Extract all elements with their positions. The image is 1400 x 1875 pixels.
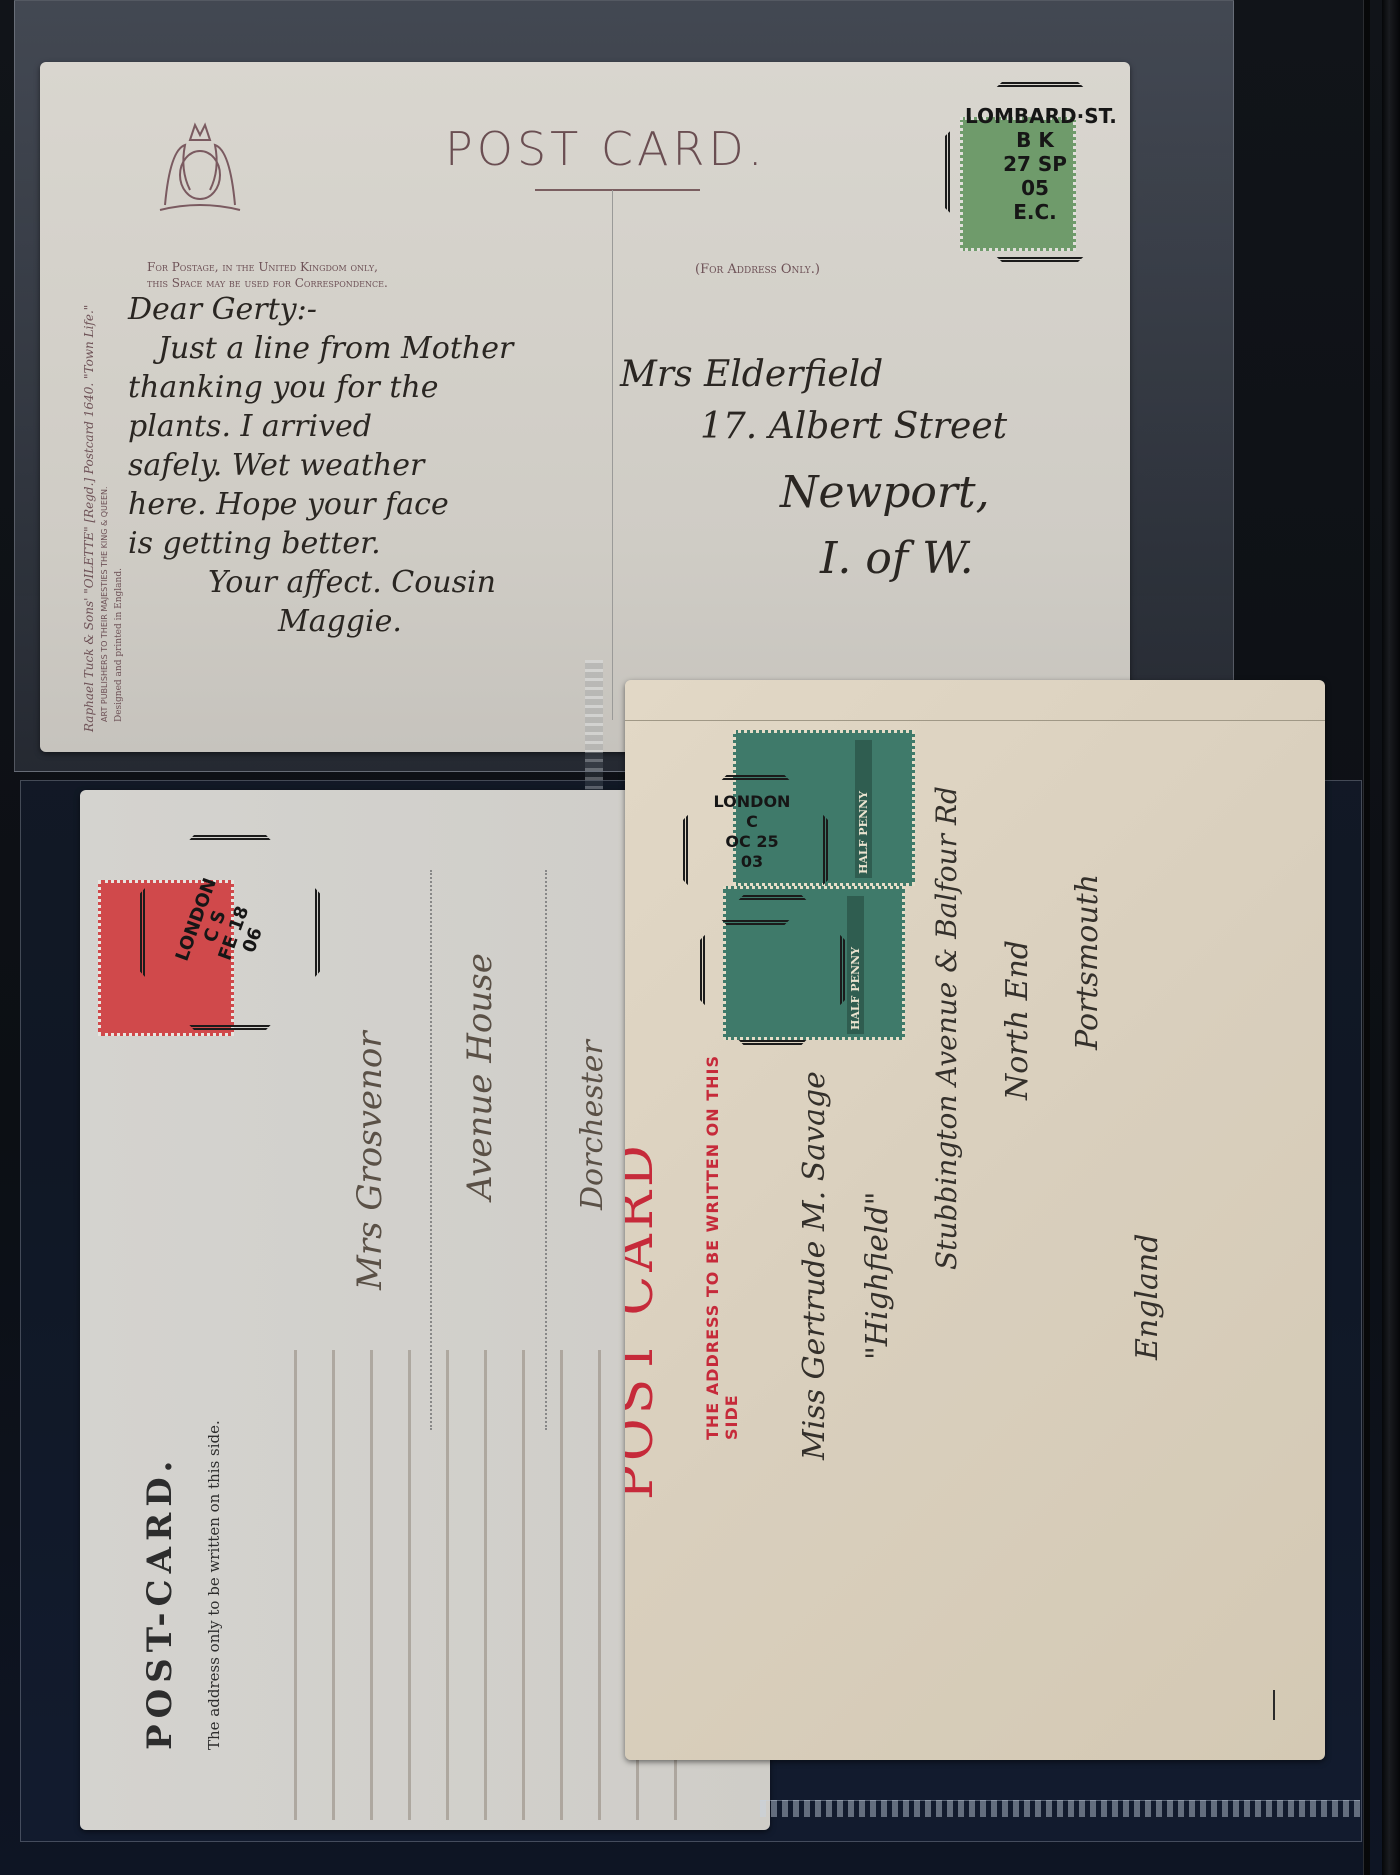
message-line: here. Hope your face [128,485,513,524]
postcard-right: HALF PENNY HALF PENNY LONDON C OC 25 03 … [625,680,1325,1760]
publisher-royal-warrant: ART PUBLISHERS TO THEIR MAJESTIES THE KI… [100,242,109,722]
address-line: Mrs Grosvenor [350,930,390,1290]
recipient-address: Mrs Elderfield 17. Albert Street Newport… [620,342,1007,592]
center-divider [612,190,613,720]
address-dotted-line [545,870,547,1430]
handwritten-message: Dear Gerty:- Just a line from Mother tha… [128,290,513,641]
address-instruction: THE ADDRESS TO BE WRITTEN ON THIS SIDE [703,1020,741,1440]
royal-coat-of-arms-icon [145,110,255,220]
publisher-imprint: Raphael Tuck & Sons' "OILETTE" [Regd.] P… [82,242,96,732]
heading-rule [535,189,700,191]
address-line: Dorchester [575,870,610,1210]
address-line: North End [1000,850,1035,1100]
address-line: Miss Gertrude M. Savage [797,960,832,1460]
post-card-heading: POST-CARD. [140,1190,180,1750]
message-line: plants. I arrived [128,407,513,446]
album-binding [1363,0,1370,1875]
address-line: I. of W. [620,526,1007,592]
address-dotted-line [430,870,432,1430]
post-card-heading: POST CARD. [445,122,766,176]
address-only-note: (For Address Only.) [695,262,820,277]
message-line: Just a line from Mother [128,329,513,368]
card-crease [625,720,1325,721]
correspondence-note-line2: this Space may be used for Correspondenc… [147,276,388,290]
message-line: Dear Gerty:- [128,290,513,329]
address-line: England [1130,1180,1165,1360]
address-line: Avenue House [460,870,500,1200]
postmark-text: LONDON C OC 25 03 [687,792,817,872]
postcard-top: POST CARD. Raphael Tuck & Sons' "OILETTE… [40,62,1130,752]
address-line: "Highfield" [860,1060,895,1360]
postmark-text: LOMBARD·ST. B K 27 SP 05 E.C. [965,104,1105,224]
message-line: is getting better. [128,524,513,563]
address-line: Newport, [620,460,1007,526]
message-line: safely. Wet weather [128,446,513,485]
correspondence-note-line1: For Postage, in the United Kingdom only, [147,260,378,274]
message-line: Your affect. Cousin [128,563,513,602]
post-card-heading: POST CARD [625,1020,665,1500]
address-instruction: The address only to be written on this s… [205,1170,223,1750]
address-line: Portsmouth [1070,800,1105,1050]
sleeve-bottom-seam [760,1800,1360,1817]
pen-mark [1273,1690,1275,1720]
stamp-value-label: HALF PENNY [847,896,864,1034]
message-line: thanking you for the [128,368,513,407]
message-signature: Maggie. [128,602,513,641]
album-spine [1382,0,1400,1875]
publisher-origin: Designed and printed in England. [114,242,124,722]
address-line: Stubbington Avenue & Balfour Rd [930,690,963,1270]
stamp-value-label: HALF PENNY [855,740,872,878]
